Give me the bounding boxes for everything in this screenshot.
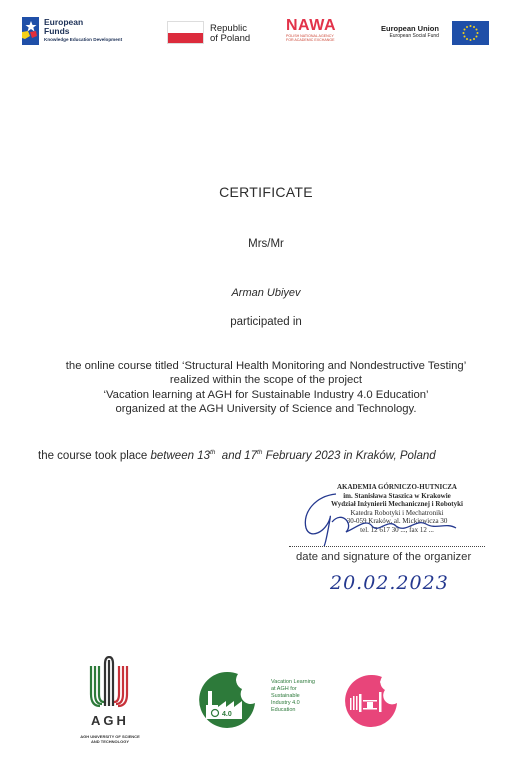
eu-flag-icon (452, 21, 489, 45)
nawa-logo: NAWA POLISH NATIONAL AGENCY FOR ACADEMIC… (286, 18, 336, 42)
project-name: Vacation Learning at AGH for Sustainable… (271, 679, 315, 714)
salutation: Mrs/Mr (0, 238, 532, 250)
european-union-logo: European Union European Social Fund (381, 25, 439, 40)
signature-label: date and signature of the organizer (296, 551, 471, 563)
recipient-name: Arman Ubiyev (0, 287, 532, 299)
agh-logo-text: AGH (82, 713, 138, 728)
republic-of-poland-logo: Republic of Poland (210, 24, 250, 44)
handwritten-signature (296, 488, 486, 548)
svg-text:4.0: 4.0 (222, 711, 232, 718)
poland-flag-icon (167, 21, 204, 44)
european-funds-logo: European Funds Knowledge Education Devel… (44, 18, 122, 42)
agh-university-name: AGH UNIVERSITY OF SCIENCE AND TECHNOLOGY (66, 734, 154, 744)
course-dates: the course took place between 13th and 1… (38, 449, 436, 462)
signature-line (289, 546, 485, 547)
participated-text: participated in (0, 316, 532, 328)
industry-factory-icon: 4.0 (198, 671, 256, 729)
city-bridge-icon (345, 674, 398, 727)
agh-logo-icon (88, 656, 130, 710)
certificate-title: CERTIFICATE (0, 184, 532, 200)
european-funds-logo-icon (22, 17, 39, 45)
course-description: the online course titled ‘Structural Hea… (0, 359, 532, 416)
handwritten-date: 20.02.2023 (330, 572, 449, 594)
